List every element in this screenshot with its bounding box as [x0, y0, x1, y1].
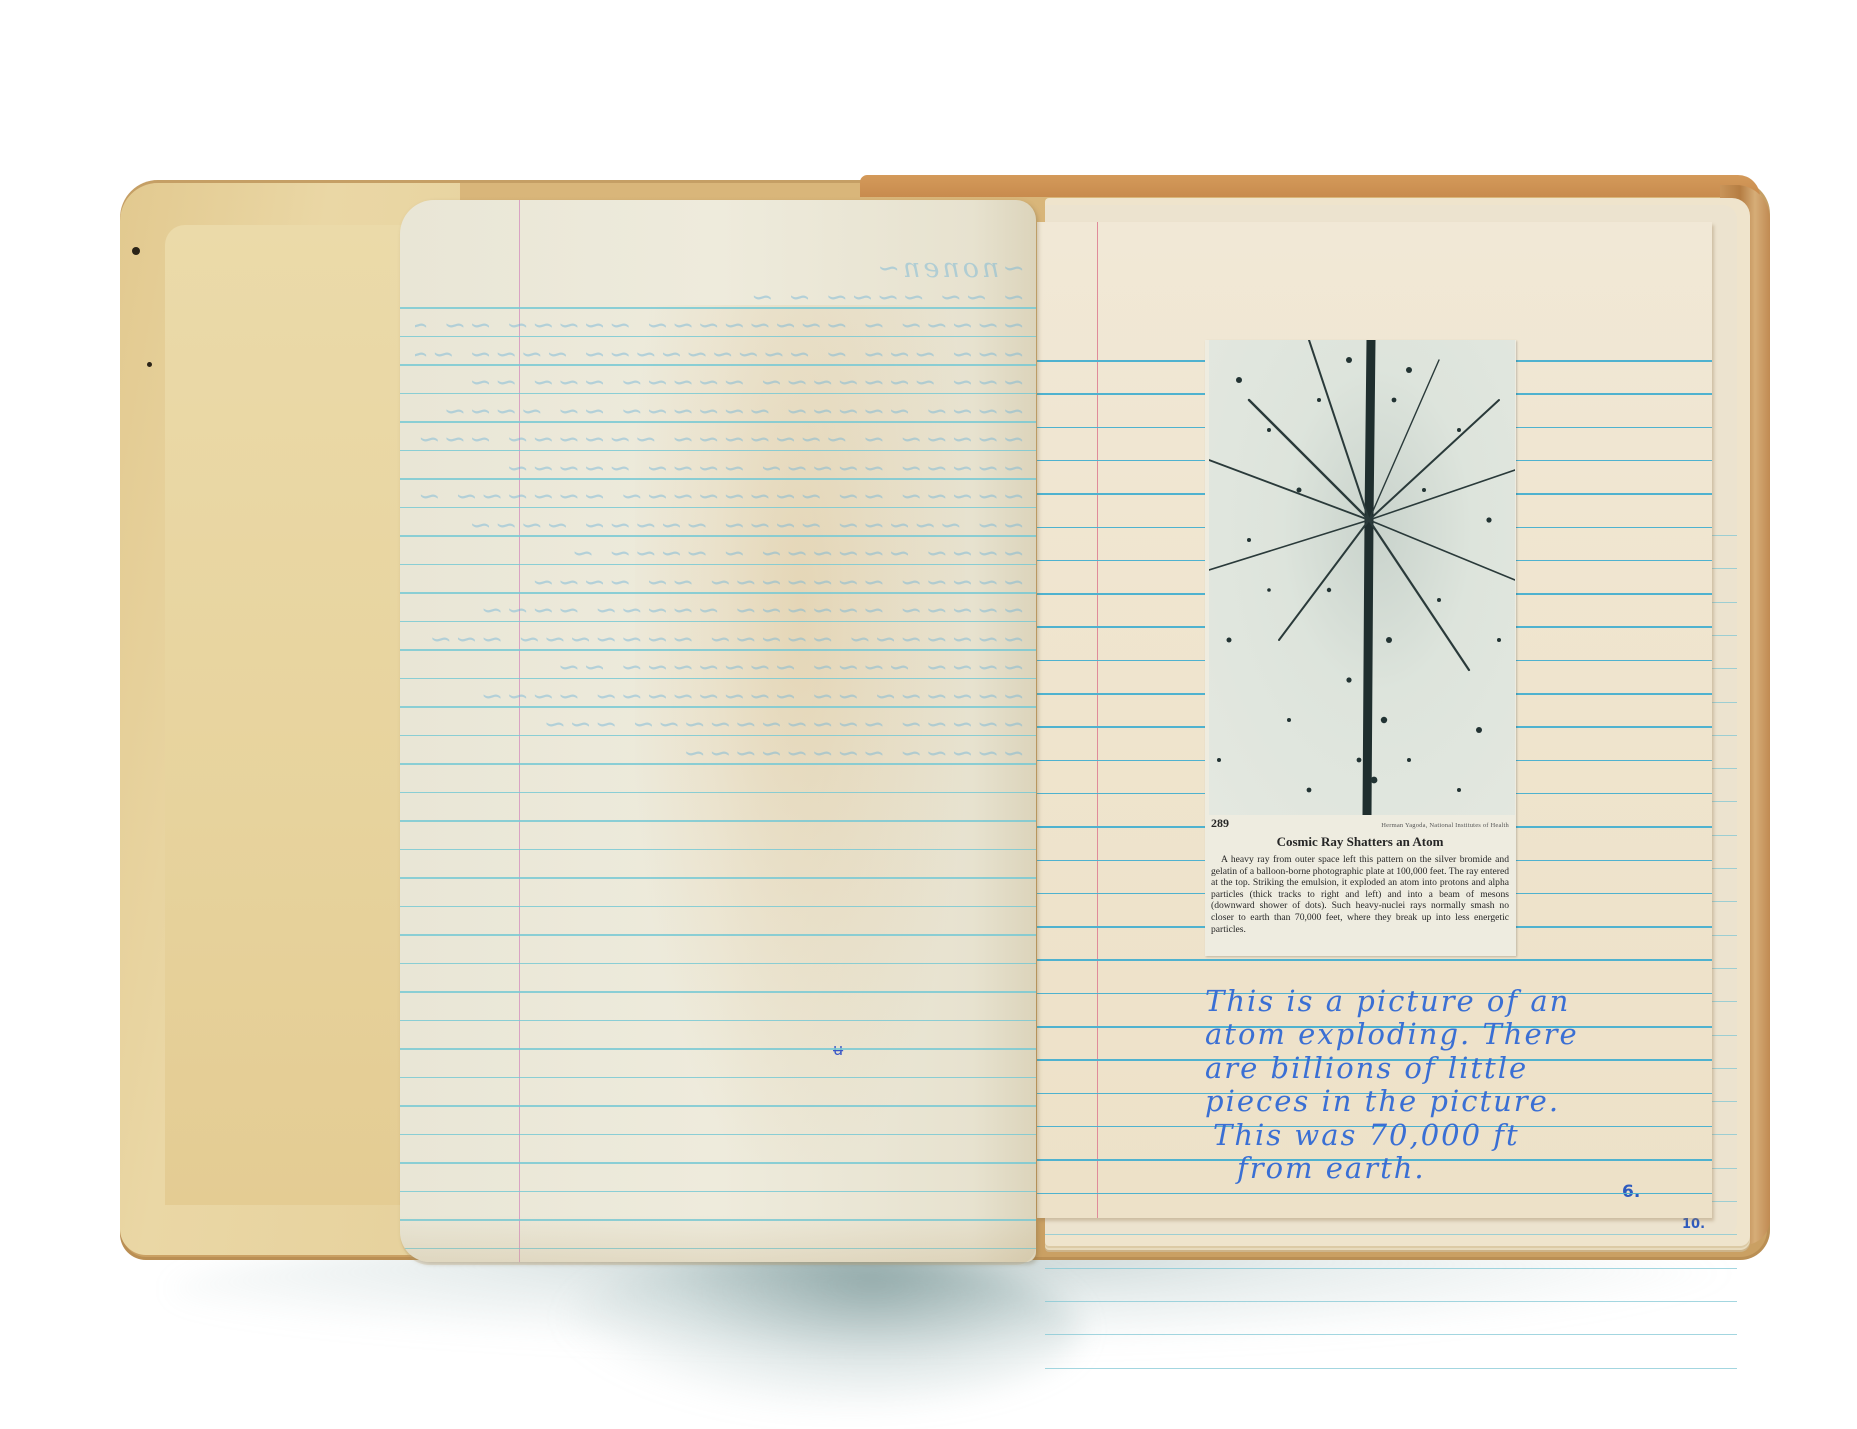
ruled-line [400, 621, 1036, 623]
underlying-page-number: 10. [1682, 1217, 1705, 1232]
ruled-line [400, 1048, 1036, 1050]
stray-ink-mark: ʉ [833, 1040, 843, 1059]
ruled-line [400, 393, 1036, 395]
particle-tracks-image [1209, 340, 1515, 815]
front-cover-inner-panel [165, 225, 435, 1205]
cosmic-ray-photo [1209, 340, 1515, 815]
ruled-line [400, 763, 1036, 765]
ruled-line [400, 307, 1036, 309]
ruled-line [1045, 1234, 1737, 1235]
ruled-line [400, 1020, 1036, 1022]
flipped-left-page[interactable]: ~nonen~ ~ ~~ ~~~~ ~ ~~~~~~ ~ ~~~~~~~~ ~~… [400, 200, 1036, 1262]
binding-hole [132, 247, 140, 255]
ruled-line [400, 1191, 1036, 1193]
binding-hole [147, 362, 152, 367]
handwriting-line: pieces in the picture. [1205, 1085, 1725, 1118]
ruled-line [400, 706, 1036, 708]
handwriting-line: This was 70,000 ft [1205, 1119, 1725, 1152]
photo-credit: Herman Yagoda, National Institutes of He… [1381, 822, 1509, 829]
ruled-line [400, 792, 1036, 794]
ruled-line [400, 963, 1036, 965]
ruled-line [400, 450, 1036, 452]
ruled-line [1045, 1268, 1737, 1269]
ruled-line [400, 478, 1036, 480]
ruled-line [400, 1134, 1036, 1136]
clipping-number: 289 [1211, 816, 1229, 831]
newspaper-clipping: 289 Herman Yagoda, National Institutes o… [1205, 340, 1516, 956]
handwriting-line: This is a picture of an [1205, 985, 1725, 1018]
ruled-line [400, 906, 1036, 908]
ruled-line [400, 535, 1036, 537]
ruled-line [400, 592, 1036, 594]
ruled-line [1037, 959, 1712, 961]
ruled-line [400, 336, 1036, 338]
ruled-line [400, 649, 1036, 651]
ruled-line [400, 735, 1036, 737]
ruled-line [1045, 1334, 1737, 1335]
ruled-line [400, 1105, 1036, 1107]
ruled-line [400, 991, 1036, 993]
handwriting-line: are billions of little [1205, 1052, 1725, 1085]
ruled-line [400, 1077, 1036, 1079]
page-shadow [560, 1250, 1080, 1410]
ruled-line [400, 934, 1036, 936]
notebook-top-edge [860, 175, 1760, 197]
bleed-through-line: ~nonen~ [415, 255, 1025, 284]
clipping-body: A heavy ray from outer space left this p… [1211, 854, 1509, 935]
handwriting-line: from earth. [1205, 1152, 1725, 1185]
ruled-line [400, 421, 1036, 423]
handwriting-line: atom exploding. There [1205, 1018, 1725, 1051]
ruled-line [1037, 1193, 1712, 1195]
ruled-line [400, 507, 1036, 509]
page-curl [400, 1215, 1036, 1265]
ruled-line [1045, 1301, 1737, 1302]
clipping-caption: 289 Herman Yagoda, National Institutes o… [1211, 816, 1509, 935]
ruled-line [400, 364, 1036, 366]
handwritten-caption: This is a picture of an atom exploding. … [1205, 985, 1725, 1185]
clipping-title: Cosmic Ray Shatters an Atom [1211, 834, 1509, 850]
ruled-line [400, 678, 1036, 680]
ruled-line [400, 1162, 1036, 1164]
ruled-line [400, 820, 1036, 822]
margin-line [1097, 222, 1098, 1218]
ruled-line [1045, 1368, 1737, 1369]
ruled-line [400, 849, 1036, 851]
ruled-line [400, 564, 1036, 566]
bleed-through-handwriting: ~nonen~ ~ ~~ ~~~~ ~ ~~~~~~ ~ ~~~~~~~~ ~~… [415, 255, 1025, 768]
ruled-line [400, 877, 1036, 879]
